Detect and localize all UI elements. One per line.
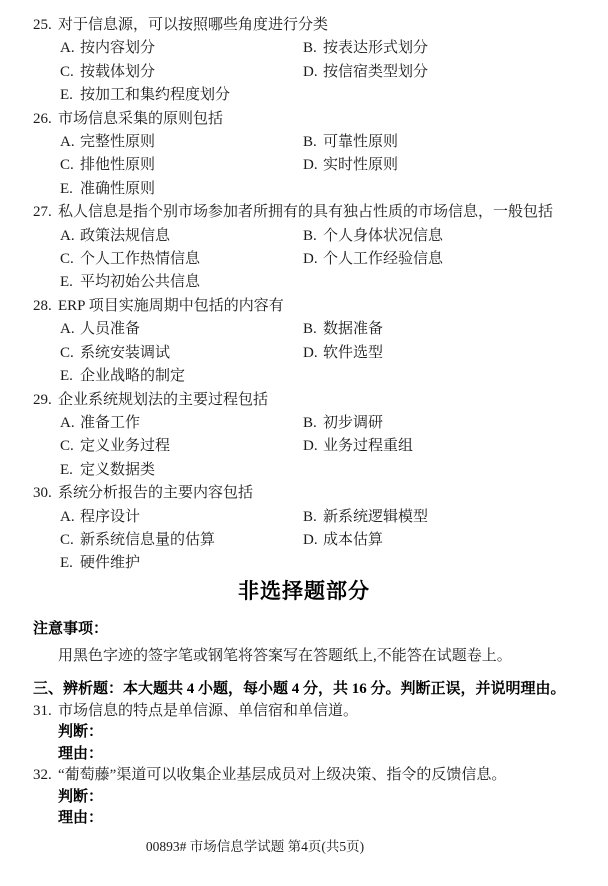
question-27: 27.私人信息是指个别市场参加者所拥有的具有独占性质的市场信息，一般包括 A.政… [0, 201, 608, 295]
option-e: E.按加工和集约程度划分 [60, 84, 303, 107]
option-d: D.按信宿类型划分 [303, 61, 608, 84]
option-label: E. [60, 365, 80, 388]
option-label: D. [303, 342, 323, 365]
non-choice-section-heading: 非选择题部分 [0, 578, 608, 605]
option-label: A. [60, 318, 80, 341]
question-stem: 26.市场信息采集的原则包括 [0, 108, 608, 131]
notice-title: 注意事项： [33, 617, 608, 641]
page-footer: 00893# 市场信息学试题 第4页(共5页) [0, 838, 510, 856]
question-28: 28.ERP 项目实施周期中包括的内容有 A.人员准备 B.数据准备 C.系统安… [0, 295, 608, 389]
option-text: 系统安装调试 [80, 345, 170, 361]
option-label: D. [303, 61, 323, 84]
option-label: C. [60, 342, 80, 365]
option-text: 软件选型 [323, 345, 383, 361]
option-e: E.企业战略的制定 [60, 365, 303, 388]
option-c: C.排他性原则 [60, 154, 303, 177]
question-number: 26. [33, 108, 58, 131]
options-grid: A.程序设计 B.新系统逻辑模型 C.新系统信息量的估算 D.成本估算 E.硬件… [60, 506, 608, 576]
option-label: D. [303, 248, 323, 271]
option-label: E. [60, 271, 80, 294]
option-a: A.程序设计 [60, 506, 303, 529]
multiple-choice-section: 25.对于信息源，可以按照哪些角度进行分类 A.按内容划分 B.按表达形式划分 … [0, 14, 608, 576]
option-label: A. [60, 37, 80, 60]
option-a: A.按内容划分 [60, 37, 303, 60]
options-grid: A.按内容划分 B.按表达形式划分 C.按载体划分 D.按信宿类型划分 E.按加… [60, 37, 608, 107]
option-label: C. [60, 248, 80, 271]
option-label: A. [60, 506, 80, 529]
option-text: 个人工作热情信息 [80, 251, 200, 267]
option-label: B. [303, 412, 323, 435]
option-text: 成本估算 [323, 532, 383, 548]
option-text: 初步调研 [323, 415, 383, 431]
option-text: 按内容划分 [80, 40, 155, 56]
question-text: 市场信息的特点是单信源、单信宿和单信道。 [58, 703, 358, 719]
judge-label: 判断： [58, 787, 608, 809]
option-text: 程序设计 [80, 509, 140, 525]
option-text: 硬件维护 [80, 555, 140, 571]
options-grid: A.政策法规信息 B.个人身体状况信息 C.个人工作热情信息 D.个人工作经验信… [60, 225, 608, 295]
option-e: E.定义数据类 [60, 459, 303, 482]
option-d: D.软件选型 [303, 342, 608, 365]
option-a: A.完整性原则 [60, 131, 303, 154]
question-26: 26.市场信息采集的原则包括 A.完整性原则 B.可靠性原则 C.排他性原则 D… [0, 108, 608, 202]
option-label: E. [60, 552, 80, 575]
option-d: D.个人工作经验信息 [303, 248, 608, 271]
option-b: B.初步调研 [303, 412, 608, 435]
notice-block: 注意事项： 用黑色字迹的签字笔或钢笔将答案写在答题纸上,不能答在试题卷上。 [0, 617, 608, 668]
option-label: A. [60, 131, 80, 154]
question-25: 25.对于信息源，可以按照哪些角度进行分类 A.按内容划分 B.按表达形式划分 … [0, 14, 608, 108]
option-text: 完整性原则 [80, 134, 155, 150]
question-stem: 31.市场信息的特点是单信源、单信宿和单信道。 [0, 701, 608, 723]
option-text: 排他性原则 [80, 157, 155, 173]
option-b: B.个人身体状况信息 [303, 225, 608, 248]
option-d: D.业务过程重组 [303, 435, 608, 458]
option-label: C. [60, 154, 80, 177]
question-29: 29.企业系统规划法的主要过程包括 A.准备工作 B.初步调研 C.定义业务过程… [0, 389, 608, 483]
question-text: ERP 项目实施周期中包括的内容有 [58, 298, 284, 314]
option-b: B.数据准备 [303, 318, 608, 341]
option-text: 数据准备 [323, 321, 383, 337]
question-text: 企业系统规划法的主要过程包括 [58, 392, 268, 408]
option-c: C.新系统信息量的估算 [60, 529, 303, 552]
option-text: 按加工和集约程度划分 [80, 87, 230, 103]
question-number: 25. [33, 14, 58, 37]
option-label: A. [60, 225, 80, 248]
option-e: E.硬件维护 [60, 552, 303, 575]
question-text: 对于信息源，可以按照哪些角度进行分类 [58, 17, 328, 33]
option-d: D.成本估算 [303, 529, 608, 552]
question-text: “葡萄藤”渠道可以收集企业基层成员对上级决策、指令的反馈信息。 [58, 767, 506, 783]
question-stem: 30.系统分析报告的主要内容包括 [0, 482, 608, 505]
question-text: 私人信息是指个别市场参加者所拥有的具有独占性质的市场信息，一般包括 [58, 204, 553, 220]
part3-section-title: 三、辨析题：本大题共 4 小题，每小题 4 分，共 16 分。判断正误，并说明理… [33, 677, 608, 701]
option-b: B.可靠性原则 [303, 131, 608, 154]
options-grid: A.准备工作 B.初步调研 C.定义业务过程 D.业务过程重组 E.定义数据类 [60, 412, 608, 482]
option-c: C.定义业务过程 [60, 435, 303, 458]
question-text: 系统分析报告的主要内容包括 [58, 485, 253, 501]
question-text: 市场信息采集的原则包括 [58, 111, 223, 127]
exam-paper-page: 25.对于信息源，可以按照哪些角度进行分类 A.按内容划分 B.按表达形式划分 … [0, 0, 608, 886]
question-number: 27. [33, 201, 58, 224]
option-b: B.按表达形式划分 [303, 37, 608, 60]
question-number: 29. [33, 389, 58, 412]
option-label: B. [303, 37, 323, 60]
question-32: 32.“葡萄藤”渠道可以收集企业基层成员对上级决策、指令的反馈信息。 判断： 理… [0, 765, 608, 830]
option-text: 新系统信息量的估算 [80, 532, 215, 548]
option-text: 准备工作 [80, 415, 140, 431]
option-a: A.人员准备 [60, 318, 303, 341]
option-text: 个人身体状况信息 [323, 228, 443, 244]
option-label: B. [303, 318, 323, 341]
option-label: E. [60, 84, 80, 107]
option-text: 可靠性原则 [323, 134, 398, 150]
options-grid: A.人员准备 B.数据准备 C.系统安装调试 D.软件选型 E.企业战略的制定 [60, 318, 608, 388]
notice-body: 用黑色字迹的签字笔或钢笔将答案写在答题纸上,不能答在试题卷上。 [58, 644, 608, 668]
question-stem: 25.对于信息源，可以按照哪些角度进行分类 [0, 14, 608, 37]
question-30: 30.系统分析报告的主要内容包括 A.程序设计 B.新系统逻辑模型 C.新系统信… [0, 482, 608, 576]
option-text: 准确性原则 [80, 181, 155, 197]
option-text: 人员准备 [80, 321, 140, 337]
option-c: C.按载体划分 [60, 61, 303, 84]
option-label: C. [60, 61, 80, 84]
option-text: 企业战略的制定 [80, 368, 185, 384]
option-text: 政策法规信息 [80, 228, 170, 244]
question-number: 28. [33, 295, 58, 318]
option-label: B. [303, 506, 323, 529]
question-stem: 27.私人信息是指个别市场参加者所拥有的具有独占性质的市场信息，一般包括 [0, 201, 608, 224]
question-number: 31. [33, 701, 58, 723]
option-text: 新系统逻辑模型 [323, 509, 428, 525]
option-label: B. [303, 131, 323, 154]
option-label: A. [60, 412, 80, 435]
option-text: 定义数据类 [80, 462, 155, 478]
option-label: D. [303, 154, 323, 177]
reason-label: 理由： [58, 744, 608, 766]
question-stem: 28.ERP 项目实施周期中包括的内容有 [0, 295, 608, 318]
option-text: 按信宿类型划分 [323, 64, 428, 80]
option-b: B.新系统逻辑模型 [303, 506, 608, 529]
option-text: 按载体划分 [80, 64, 155, 80]
option-c: C.系统安装调试 [60, 342, 303, 365]
option-text: 实时性原则 [323, 157, 398, 173]
options-grid: A.完整性原则 B.可靠性原则 C.排他性原则 D.实时性原则 E.准确性原则 [60, 131, 608, 201]
option-text: 定义业务过程 [80, 438, 170, 454]
option-label: C. [60, 435, 80, 458]
question-31: 31.市场信息的特点是单信源、单信宿和单信道。 判断： 理由： [0, 701, 608, 766]
question-number: 30. [33, 482, 58, 505]
option-a: A.政策法规信息 [60, 225, 303, 248]
option-text: 个人工作经验信息 [323, 251, 443, 267]
option-e: E.准确性原则 [60, 178, 303, 201]
judge-label: 判断： [58, 722, 608, 744]
judge-questions-section: 31.市场信息的特点是单信源、单信宿和单信道。 判断： 理由： 32.“葡萄藤”… [0, 701, 608, 830]
option-label: B. [303, 225, 323, 248]
reason-label: 理由： [58, 808, 608, 830]
option-a: A.准备工作 [60, 412, 303, 435]
option-label: C. [60, 529, 80, 552]
option-label: E. [60, 178, 80, 201]
option-text: 业务过程重组 [323, 438, 413, 454]
question-stem: 29.企业系统规划法的主要过程包括 [0, 389, 608, 412]
option-c: C.个人工作热情信息 [60, 248, 303, 271]
question-stem: 32.“葡萄藤”渠道可以收集企业基层成员对上级决策、指令的反馈信息。 [0, 765, 608, 787]
option-text: 平均初始公共信息 [80, 274, 200, 290]
option-d: D.实时性原则 [303, 154, 608, 177]
option-label: D. [303, 435, 323, 458]
option-label: E. [60, 459, 80, 482]
option-text: 按表达形式划分 [323, 40, 428, 56]
question-number: 32. [33, 765, 58, 787]
option-e: E.平均初始公共信息 [60, 271, 303, 294]
option-label: D. [303, 529, 323, 552]
